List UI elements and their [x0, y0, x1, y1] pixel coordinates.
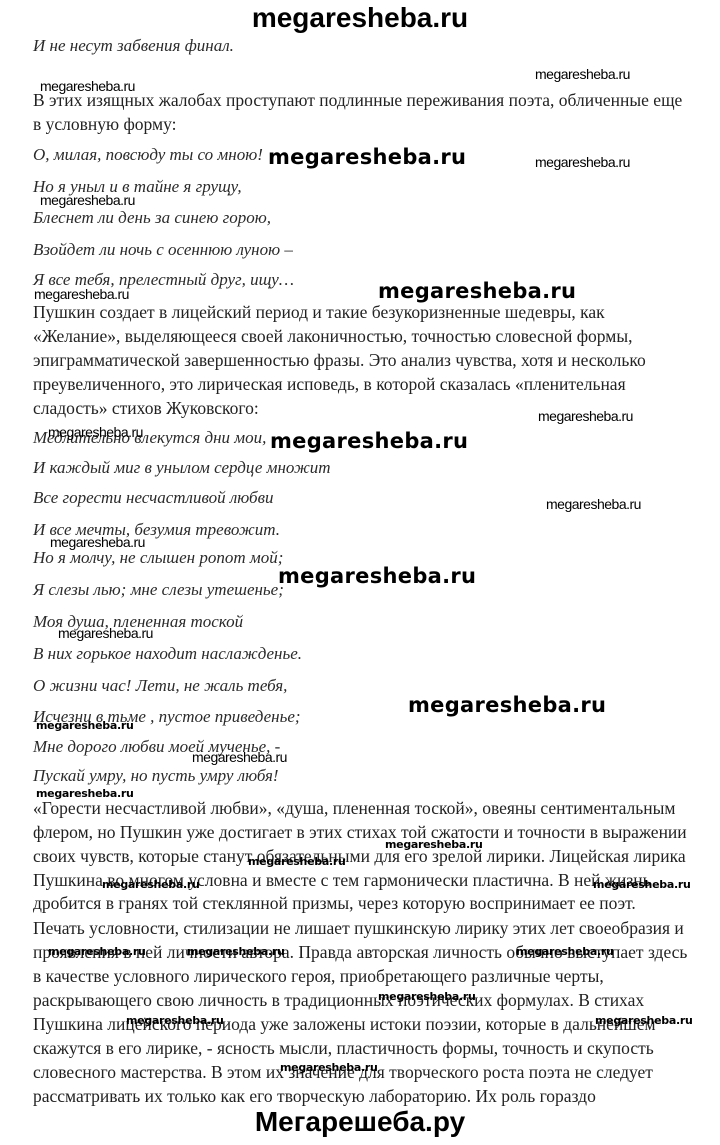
- watermark-text: megaresheba.ru: [546, 496, 641, 512]
- verse-line: Я слезы лью; мне слезы утешенье;: [33, 580, 284, 600]
- watermark-text: megaresheba.ru: [36, 719, 133, 732]
- verse-line: В них горькое находит наслажденье.: [33, 644, 302, 664]
- prose-line: сладость» стихов Жуковского:: [33, 398, 259, 419]
- watermark-text: megaresheba.ru: [538, 408, 633, 424]
- document-page: megaresheba.ru И не несут забвения финал…: [0, 0, 720, 1145]
- watermark-text: megaresheba.ru: [378, 279, 576, 303]
- verse-line: Пускай умру, но пусть умру любя!: [33, 766, 279, 786]
- watermark-text: megaresheba.ru: [36, 787, 133, 800]
- watermark-text: megaresheba.ru: [48, 945, 145, 958]
- watermark-text: megaresheba.ru: [385, 838, 482, 851]
- watermark-text: megaresheba.ru: [408, 693, 606, 717]
- prose-line: раскрывающего свою личность в традиционн…: [33, 990, 644, 1011]
- watermark-text: megaresheba.ru: [595, 1014, 692, 1027]
- verse-line: О, милая, повсюду ты со мною!: [33, 145, 263, 165]
- prose-line: в качестве условного лирического героя, …: [33, 966, 604, 987]
- verse-line: Взойдет ли ночь с осеннюю луною –: [33, 240, 293, 260]
- watermark-text: megaresheba.ru: [48, 424, 143, 440]
- prose-line: эпиграмматической завершенностью фразы. …: [33, 350, 646, 371]
- verse-line: Все горести несчастливой любви: [33, 488, 273, 508]
- footer-site-brand[interactable]: Мегарешеба.ру: [0, 1106, 720, 1138]
- prose-line: флером, но Пушкин уже достигает в этих с…: [33, 822, 687, 843]
- watermark-text: megaresheba.ru: [40, 192, 135, 208]
- watermark-text: megaresheba.ru: [50, 534, 145, 550]
- watermark-text: megaresheba.ru: [270, 429, 468, 453]
- prose-line: дробится в гранях той стеклянной призмы,…: [33, 893, 636, 914]
- watermark-text: megaresheba.ru: [516, 945, 613, 958]
- watermark-text: megaresheba.ru: [58, 625, 153, 641]
- watermark-text: megaresheba.ru: [192, 749, 287, 765]
- watermark-text: megaresheba.ru: [248, 855, 345, 868]
- watermark-text: megaresheba.ru: [593, 878, 690, 891]
- verse-line: О жизни час! Лети, не жаль тебя,: [33, 676, 287, 696]
- prose-line: в условную форму:: [33, 114, 177, 135]
- watermark-text: megaresheba.ru: [280, 1061, 377, 1074]
- watermark-text: megaresheba.ru: [268, 145, 466, 169]
- watermark-text: megaresheba.ru: [40, 78, 135, 94]
- verse-line: И каждый миг в унылом сердце множит: [33, 458, 331, 478]
- watermark-text: megaresheba.ru: [102, 878, 199, 891]
- prose-line: своих чувств, которые станут обязательны…: [33, 846, 686, 867]
- verse-line: Но я молчу, не слышен ропот мой;: [33, 548, 283, 568]
- watermark-text: megaresheba.ru: [278, 564, 476, 588]
- verse-line: Блеснет ли день за синею горою,: [33, 208, 271, 228]
- prose-line: рассматривать их только как его творческ…: [33, 1086, 596, 1107]
- watermark-text: megaresheba.ru: [126, 1014, 223, 1027]
- watermark-text: megaresheba.ru: [535, 66, 630, 82]
- prose-line: Печать условности, стилизации не лишает …: [33, 918, 684, 939]
- header-site-brand[interactable]: megaresheba.ru: [0, 2, 720, 34]
- prose-line: «Желание», выделяющееся своей лаконичнос…: [33, 326, 632, 347]
- watermark-text: megaresheba.ru: [535, 154, 630, 170]
- prose-line: скажутся в его лирике, - ясность мысли, …: [33, 1038, 654, 1059]
- prose-line: Пушкин создает в лицейский период и таки…: [33, 302, 605, 323]
- watermark-text: megaresheba.ru: [187, 945, 284, 958]
- prose-line: преувеличенного, это лирическая исповедь…: [33, 374, 626, 395]
- verse-line: И не несут забвения финал.: [33, 36, 234, 56]
- watermark-text: megaresheba.ru: [378, 990, 475, 1003]
- prose-line: «Горести несчастливой любви», «душа, пле…: [33, 798, 675, 819]
- watermark-text: megaresheba.ru: [34, 286, 129, 302]
